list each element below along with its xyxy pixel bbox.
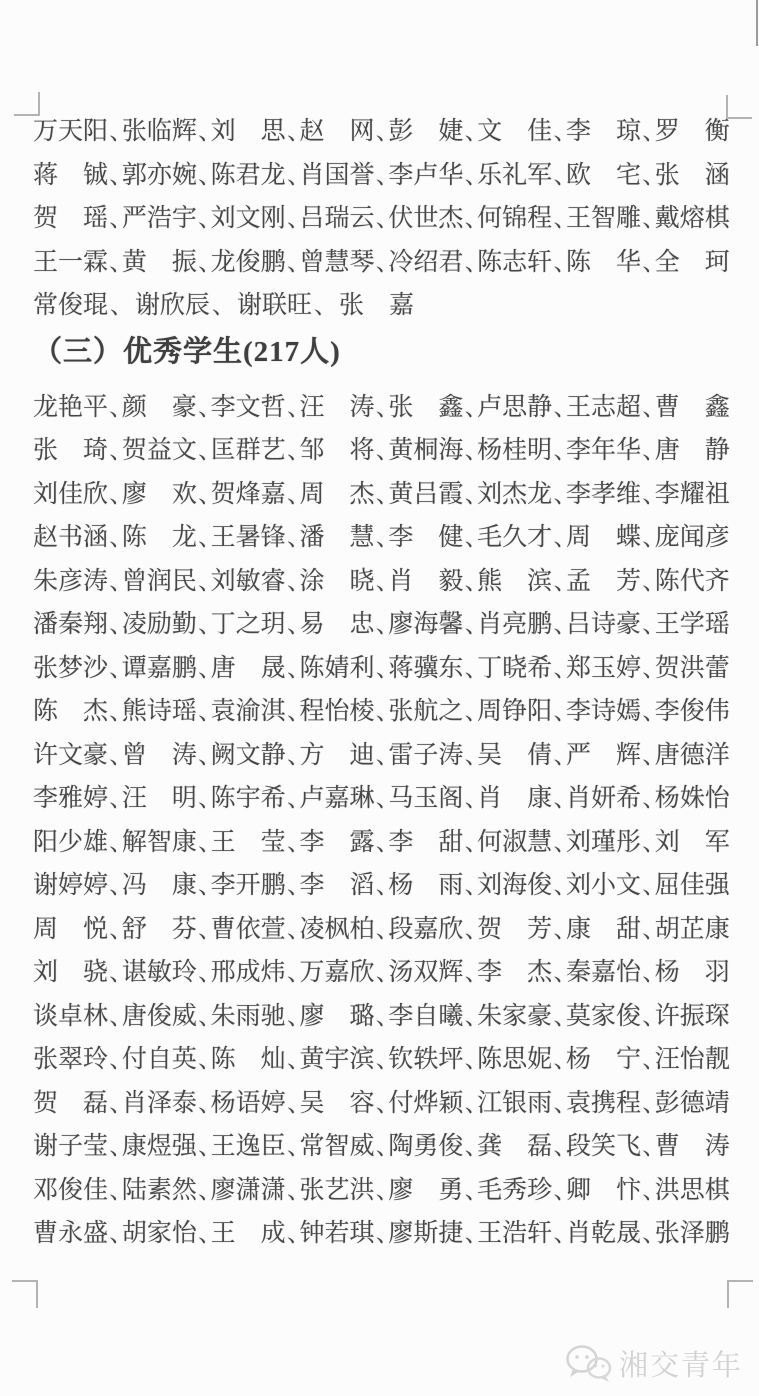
student-name: 钟若琪: [299, 1220, 374, 1247]
enumeration-comma: 、: [376, 785, 387, 812]
enumeration-comma: 、: [465, 249, 476, 276]
student-name: 蒋骥东: [388, 655, 463, 682]
enumeration-comma: 、: [287, 118, 298, 145]
enumeration-comma: 、: [109, 118, 120, 145]
student-name: 冯 康: [122, 872, 197, 899]
enumeration-comma: 、: [642, 524, 653, 551]
student-name: 张梦沙: [33, 655, 108, 682]
enumeration-comma: 、: [465, 1003, 476, 1030]
student-name: 潘 慧: [299, 524, 374, 551]
student-name: 黄 振: [122, 249, 197, 276]
enumeration-comma: 、: [642, 118, 653, 145]
name-row: 张翠玲、付自英、陈 灿、黄宇滨、钦轶坪、陈思妮、杨 宁、汪怡靓: [33, 1046, 730, 1073]
enumeration-comma: 、: [376, 916, 387, 943]
student-name: 涂 晓: [299, 568, 374, 595]
student-name: 凌励勤: [122, 611, 197, 638]
enumeration-comma: 、: [465, 524, 476, 551]
student-name: 卢嘉琳: [299, 785, 374, 812]
student-name: 段嘉欣: [388, 916, 463, 943]
section-heading: （三）优秀学生(217人): [33, 336, 730, 368]
enumeration-comma: 、: [198, 698, 209, 725]
enumeration-comma: 、: [287, 437, 298, 464]
enumeration-comma: 、: [376, 742, 387, 769]
name-row: 张梦沙、谭嘉鹏、唐 晟、陈婧利、蒋骥东、丁晓希、郑玉婷、贺洪蕾: [33, 655, 730, 682]
name-row: 李雅婷、汪 明、陈宇希、卢嘉琳、马玉阁、肖 康、肖妍希、杨姝怡: [33, 785, 730, 812]
enumeration-comma: 、: [376, 1177, 387, 1204]
name-row: 曹永盛、胡家怡、王 成、钟若琪、廖斯捷、王浩轩、肖乾晟、张泽鹏: [33, 1220, 730, 1247]
student-name: 陈君龙: [211, 162, 286, 189]
student-name: 李 健: [388, 524, 463, 551]
enumeration-comma: 、: [376, 205, 387, 232]
student-name: 张 鑫: [388, 394, 463, 421]
student-name: 卿 忭: [566, 1177, 641, 1204]
page-edge-line: [756, 0, 758, 46]
student-name: 汤双辉: [388, 959, 463, 986]
student-name: 唐 静: [655, 437, 730, 464]
enumeration-comma: 、: [210, 292, 237, 319]
student-name: 张翠玲: [33, 1046, 108, 1073]
enumeration-comma: 、: [198, 162, 209, 189]
student-name: 张 嘉: [339, 292, 414, 319]
student-name: 陈志轩: [477, 249, 552, 276]
enumeration-comma: 、: [109, 1220, 120, 1247]
name-row: 阳少雄、解智康、王 莹、李 露、李 甜、何淑慧、刘瑾彤、刘 军: [33, 829, 730, 856]
student-name: 邹 将: [299, 437, 374, 464]
student-name: 廖 欢: [122, 481, 197, 508]
student-name: 陈 华: [566, 249, 641, 276]
student-name: 莫家俊: [566, 1003, 641, 1030]
student-name: 吴 容: [299, 1090, 374, 1117]
student-name: 杨 雨: [388, 872, 463, 899]
student-name: 吕诗豪: [566, 611, 641, 638]
enumeration-comma: 、: [642, 394, 653, 421]
student-name: 陈宇希: [211, 785, 286, 812]
student-name: 肖乾晟: [566, 1220, 641, 1247]
enumeration-comma: 、: [465, 394, 476, 421]
name-row: 贺 瑶、严浩宇、刘文刚、吕瑞云、伏世杰、何锦程、王智雕、戴熔棋: [33, 205, 730, 232]
name-row: 谢子莹、康煜强、王逸臣、常智威、陶勇俊、龚 磊、段笑飞、曹 涛: [33, 1133, 730, 1160]
enumeration-comma: 、: [465, 1090, 476, 1117]
student-name: 肖国誉: [299, 162, 374, 189]
enumeration-comma: 、: [109, 785, 120, 812]
enumeration-comma: 、: [465, 481, 476, 508]
student-name: 乐礼军: [477, 162, 552, 189]
enumeration-comma: 、: [642, 1003, 653, 1030]
student-name: 付自英: [122, 1046, 197, 1073]
enumeration-comma: 、: [109, 1003, 120, 1030]
student-name: 舒 芬: [122, 916, 197, 943]
enumeration-comma: 、: [554, 1177, 565, 1204]
enumeration-comma: 、: [376, 437, 387, 464]
student-name: 曾慧琴: [299, 249, 374, 276]
enumeration-comma: 、: [642, 611, 653, 638]
student-name: 潘秦翔: [33, 611, 108, 638]
document-page: 万天阳、张临辉、刘 思、赵 网、彭 婕、文 佳、李 琼、罗 衡蒋 铖、郭亦婉、陈…: [0, 0, 759, 1396]
student-name: 颜 豪: [122, 394, 197, 421]
student-name: 熊诗瑶: [122, 698, 197, 725]
enumeration-comma: 、: [465, 698, 476, 725]
student-name: 陶勇俊: [388, 1133, 463, 1160]
enumeration-comma: 、: [287, 1003, 298, 1030]
enumeration-comma: 、: [465, 1133, 476, 1160]
enumeration-comma: 、: [198, 611, 209, 638]
student-name: 谢欣辰: [135, 292, 210, 319]
enumeration-comma: 、: [287, 916, 298, 943]
enumeration-comma: 、: [376, 1046, 387, 1073]
enumeration-comma: 、: [642, 568, 653, 595]
enumeration-comma: 、: [554, 655, 565, 682]
student-name: 李雅婷: [33, 785, 108, 812]
enumeration-comma: 、: [198, 118, 209, 145]
student-name: 陈 杰: [33, 698, 108, 725]
enumeration-comma: 、: [287, 249, 298, 276]
student-name: 冷绍君: [388, 249, 463, 276]
enumeration-comma: 、: [109, 437, 120, 464]
student-name: 李 滔: [299, 872, 374, 899]
wechat-icon: [565, 1344, 613, 1384]
student-name: 汪 明: [122, 785, 197, 812]
enumeration-comma: 、: [642, 916, 653, 943]
student-name: 肖泽泰: [122, 1090, 197, 1117]
student-name: 刘小文: [566, 872, 641, 899]
name-row: 邓俊佳、陆素然、廖潇潇、张艺洪、廖 勇、毛秀珍、卿 忭、洪思棋: [33, 1177, 730, 1204]
name-row: 谢婷婷、冯 康、李开鹏、李 滔、杨 雨、刘海俊、刘小文、屈佳强: [33, 872, 730, 899]
student-name: 黄吕霞: [388, 481, 463, 508]
enumeration-comma: 、: [287, 872, 298, 899]
enumeration-comma: 、: [376, 1003, 387, 1030]
student-name: 张艺洪: [299, 1177, 374, 1204]
student-name: 伏世杰: [388, 205, 463, 232]
student-name: 曹永盛: [33, 1220, 108, 1247]
enumeration-comma: 、: [465, 872, 476, 899]
student-name: 万嘉欣: [299, 959, 374, 986]
student-name: 王志超: [566, 394, 641, 421]
enumeration-comma: 、: [465, 785, 476, 812]
enumeration-comma: 、: [642, 481, 653, 508]
student-name: 李自曦: [388, 1003, 463, 1030]
enumeration-comma: 、: [465, 1220, 476, 1247]
enumeration-comma: 、: [465, 742, 476, 769]
enumeration-comma: 、: [554, 568, 565, 595]
student-name: 邢成炜: [211, 959, 286, 986]
name-row: 陈 杰、熊诗瑶、袁渝淇、程怡棱、张航之、周铮阳、李诗嫣、李俊伟: [33, 698, 730, 725]
enumeration-comma: 、: [554, 785, 565, 812]
enumeration-comma: 、: [554, 916, 565, 943]
student-name: 胡芷康: [655, 916, 730, 943]
enumeration-comma: 、: [376, 872, 387, 899]
student-name: 贺 芳: [477, 916, 552, 943]
student-name: 屈佳强: [655, 872, 730, 899]
student-name: 贺 瑶: [33, 205, 108, 232]
student-name: 王暑锋: [211, 524, 286, 551]
name-row: 刘佳欣、廖 欢、贺烽嘉、周 杰、黄吕霞、刘杰龙、李孝维、李耀祖: [33, 481, 730, 508]
student-name: 曹 涛: [655, 1133, 730, 1160]
enumeration-comma: 、: [198, 742, 209, 769]
enumeration-comma: 、: [198, 481, 209, 508]
student-name: 张 琦: [33, 437, 108, 464]
student-name: 段笑飞: [566, 1133, 641, 1160]
enumeration-comma: 、: [376, 162, 387, 189]
student-name: 欧 宅: [566, 162, 641, 189]
student-name: 庞闻彦: [655, 524, 730, 551]
enumeration-comma: 、: [554, 1046, 565, 1073]
student-name: 吕瑞云: [299, 205, 374, 232]
student-name: 熊 滨: [477, 568, 552, 595]
student-name: 严浩宇: [122, 205, 197, 232]
student-name: 李 甜: [388, 829, 463, 856]
student-name: 曾润民: [122, 568, 197, 595]
student-name: 廖潇潇: [211, 1177, 286, 1204]
enumeration-comma: 、: [109, 1133, 120, 1160]
enumeration-comma: 、: [109, 568, 120, 595]
enumeration-comma: 、: [287, 655, 298, 682]
student-name: 张 涵: [655, 162, 730, 189]
student-name: 李开鹏: [211, 872, 286, 899]
student-name: 黄桐海: [388, 437, 463, 464]
enumeration-comma: 、: [198, 205, 209, 232]
name-row: 蒋 铖、郭亦婉、陈君龙、肖国誉、李卢华、乐礼军、欧 宅、张 涵: [33, 162, 730, 189]
name-row: 谈卓林、唐俊威、朱雨驰、廖 璐、李自曦、朱家豪、莫家俊、许振琛: [33, 1003, 730, 1030]
student-name: 蒋 铖: [33, 162, 108, 189]
name-row: 朱彦涛、曾润民、刘敏睿、涂 晓、肖 毅、熊 滨、孟 芳、陈代齐: [33, 568, 730, 595]
enumeration-comma: 、: [554, 1133, 565, 1160]
student-name: 李 琼: [566, 118, 641, 145]
enumeration-comma: 、: [554, 1220, 565, 1247]
student-name: 曹 鑫: [655, 394, 730, 421]
enumeration-comma: 、: [312, 292, 339, 319]
student-name: 龙俊鹏: [211, 249, 286, 276]
enumeration-comma: 、: [376, 394, 387, 421]
text-boundary-mark-top-right: [726, 95, 752, 119]
enumeration-comma: 、: [376, 1220, 387, 1247]
student-name: 李 露: [299, 829, 374, 856]
student-name: 周铮阳: [477, 698, 552, 725]
student-name: 刘瑾彤: [566, 829, 641, 856]
student-name: 郭亦婉: [122, 162, 197, 189]
enumeration-comma: 、: [465, 916, 476, 943]
student-name: 龙艳平: [33, 394, 108, 421]
enumeration-comma: 、: [554, 118, 565, 145]
student-name: 肖亮鹏: [477, 611, 552, 638]
enumeration-comma: 、: [554, 524, 565, 551]
enumeration-comma: 、: [198, 959, 209, 986]
student-name: 廖斯捷: [388, 1220, 463, 1247]
enumeration-comma: 、: [642, 742, 653, 769]
enumeration-comma: 、: [554, 698, 565, 725]
enumeration-comma: 、: [287, 1090, 298, 1117]
student-name: 洪思棋: [655, 1177, 730, 1204]
student-name: 吴 倩: [477, 742, 552, 769]
student-name: 雷子涛: [388, 742, 463, 769]
student-name: 方 迪: [299, 742, 374, 769]
student-name: 朱彦涛: [33, 568, 108, 595]
enumeration-comma: 、: [198, 1133, 209, 1160]
enumeration-comma: 、: [287, 524, 298, 551]
student-name: 杨 羽: [655, 959, 730, 986]
student-name: 曹依萱: [211, 916, 286, 943]
enumeration-comma: 、: [376, 118, 387, 145]
enumeration-comma: 、: [109, 829, 120, 856]
name-row: 赵书涵、陈 龙、王暑锋、潘 慧、李 健、毛久才、周 蝶、庞闻彦: [33, 524, 730, 551]
enumeration-comma: 、: [287, 698, 298, 725]
enumeration-comma: 、: [287, 742, 298, 769]
enumeration-comma: 、: [465, 829, 476, 856]
enumeration-comma: 、: [465, 1046, 476, 1073]
student-name: 王 成: [211, 1220, 286, 1247]
student-name: 袁携程: [566, 1090, 641, 1117]
student-name: 廖 璐: [299, 1003, 374, 1030]
name-row: 周 悦、舒 芬、曹依萱、凌枫柏、段嘉欣、贺 芳、康 甜、胡芷康: [33, 916, 730, 943]
student-name: 王智雕: [566, 205, 641, 232]
enumeration-comma: 、: [108, 292, 135, 319]
enumeration-comma: 、: [198, 394, 209, 421]
name-row: 万天阳、张临辉、刘 思、赵 网、彭 婕、文 佳、李 琼、罗 衡: [33, 118, 730, 145]
enumeration-comma: 、: [109, 1177, 120, 1204]
student-name: 赵书涵: [33, 524, 108, 551]
enumeration-comma: 、: [554, 205, 565, 232]
enumeration-comma: 、: [287, 1220, 298, 1247]
student-name: 胡家怡: [122, 1220, 197, 1247]
enumeration-comma: 、: [642, 655, 653, 682]
student-name: 贺 磊: [33, 1090, 108, 1117]
student-name: 龚 磊: [477, 1133, 552, 1160]
name-row: 常俊琨、谢欣辰、谢联旺、张 嘉: [33, 292, 730, 319]
enumeration-comma: 、: [376, 698, 387, 725]
student-name: 朱雨驰: [211, 1003, 286, 1030]
student-name: 付烨颖: [388, 1090, 463, 1117]
student-name: 周 悦: [33, 916, 108, 943]
student-name: 李卢华: [388, 162, 463, 189]
enumeration-comma: 、: [376, 1133, 387, 1160]
enumeration-comma: 、: [642, 437, 653, 464]
student-name: 王一霖: [33, 249, 108, 276]
enumeration-comma: 、: [198, 655, 209, 682]
enumeration-comma: 、: [109, 872, 120, 899]
enumeration-comma: 、: [376, 1090, 387, 1117]
student-name: 何锦程: [477, 205, 552, 232]
enumeration-comma: 、: [642, 1090, 653, 1117]
enumeration-comma: 、: [642, 959, 653, 986]
student-name: 谢联旺: [237, 292, 312, 319]
student-name: 毛久才: [477, 524, 552, 551]
enumeration-comma: 、: [642, 205, 653, 232]
enumeration-comma: 、: [109, 698, 120, 725]
student-name: 文 佳: [477, 118, 552, 145]
student-name: 汪 涛: [299, 394, 374, 421]
student-name: 刘佳欣: [33, 481, 108, 508]
student-name: 江银雨: [477, 1090, 552, 1117]
enumeration-comma: 、: [198, 524, 209, 551]
enumeration-comma: 、: [287, 785, 298, 812]
enumeration-comma: 、: [109, 249, 120, 276]
enumeration-comma: 、: [287, 481, 298, 508]
watermark-text: 湘交青年: [619, 1343, 743, 1384]
student-name: 常俊琨: [33, 292, 108, 319]
text-boundary-mark-top-left: [14, 92, 40, 116]
student-name: 谢子莹: [33, 1133, 108, 1160]
student-name: 丁晓希: [477, 655, 552, 682]
student-name: 解智康: [122, 829, 197, 856]
name-row: 潘秦翔、凌励勤、丁之玥、易 忠、廖海馨、肖亮鹏、吕诗豪、王学瑶: [33, 611, 730, 638]
enumeration-comma: 、: [376, 959, 387, 986]
enumeration-comma: 、: [465, 437, 476, 464]
text-boundary-mark-bottom-left: [12, 1280, 38, 1308]
student-name: 彭 婕: [388, 118, 463, 145]
watermark: 湘交青年: [565, 1343, 743, 1384]
student-name: 钦轶坪: [388, 1046, 463, 1073]
student-name: 戴熔棋: [655, 205, 730, 232]
enumeration-comma: 、: [109, 959, 120, 986]
student-name: 谢婷婷: [33, 872, 108, 899]
enumeration-comma: 、: [554, 959, 565, 986]
enumeration-comma: 、: [109, 655, 120, 682]
enumeration-comma: 、: [642, 162, 653, 189]
student-name: 唐德洋: [655, 742, 730, 769]
enumeration-comma: 、: [198, 249, 209, 276]
student-name: 张泽鹏: [655, 1220, 730, 1247]
student-name: 李年华: [566, 437, 641, 464]
student-name: 黄宇滨: [299, 1046, 374, 1073]
enumeration-comma: 、: [465, 568, 476, 595]
student-name: 谭嘉鹏: [122, 655, 197, 682]
enumeration-comma: 、: [554, 249, 565, 276]
student-name: 陈思妮: [477, 1046, 552, 1073]
student-name: 唐 晟: [211, 655, 286, 682]
student-name: 郑玉婷: [566, 655, 641, 682]
student-name: 陈 龙: [122, 524, 197, 551]
student-name: 杨桂明: [477, 437, 552, 464]
enumeration-comma: 、: [198, 785, 209, 812]
name-row: 许文豪、曾 涛、阙文静、方 迪、雷子涛、吴 倩、严 辉、唐德洋: [33, 742, 730, 769]
name-list-continued: 万天阳、张临辉、刘 思、赵 网、彭 婕、文 佳、李 琼、罗 衡蒋 铖、郭亦婉、陈…: [33, 118, 730, 319]
student-name: 曾 涛: [122, 742, 197, 769]
student-name: 丁之玥: [211, 611, 286, 638]
enumeration-comma: 、: [642, 829, 653, 856]
enumeration-comma: 、: [554, 437, 565, 464]
student-name: 孟 芳: [566, 568, 641, 595]
student-name: 李耀祖: [655, 481, 730, 508]
student-name: 李文哲: [211, 394, 286, 421]
student-name: 许文豪: [33, 742, 108, 769]
enumeration-comma: 、: [198, 568, 209, 595]
enumeration-comma: 、: [287, 1046, 298, 1073]
enumeration-comma: 、: [465, 655, 476, 682]
student-name: 陈 灿: [211, 1046, 286, 1073]
student-name: 杨 宁: [566, 1046, 641, 1073]
student-name: 刘海俊: [477, 872, 552, 899]
enumeration-comma: 、: [642, 698, 653, 725]
enumeration-comma: 、: [376, 829, 387, 856]
enumeration-comma: 、: [554, 872, 565, 899]
enumeration-comma: 、: [642, 1177, 653, 1204]
student-name: 阳少雄: [33, 829, 108, 856]
student-name: 王学瑶: [655, 611, 730, 638]
student-name: 严 辉: [566, 742, 641, 769]
enumeration-comma: 、: [642, 1133, 653, 1160]
enumeration-comma: 、: [642, 872, 653, 899]
student-name: 常智威: [299, 1133, 374, 1160]
enumeration-comma: 、: [287, 162, 298, 189]
enumeration-comma: 、: [198, 1177, 209, 1204]
name-row: 刘 骁、谌敏玲、邢成炜、万嘉欣、汤双辉、李 杰、秦嘉怡、杨 羽: [33, 959, 730, 986]
student-name: 阙文静: [211, 742, 286, 769]
enumeration-comma: 、: [287, 568, 298, 595]
enumeration-comma: 、: [198, 437, 209, 464]
student-name: 张临辉: [122, 118, 197, 145]
enumeration-comma: 、: [376, 611, 387, 638]
enumeration-comma: 、: [376, 568, 387, 595]
enumeration-comma: 、: [376, 481, 387, 508]
